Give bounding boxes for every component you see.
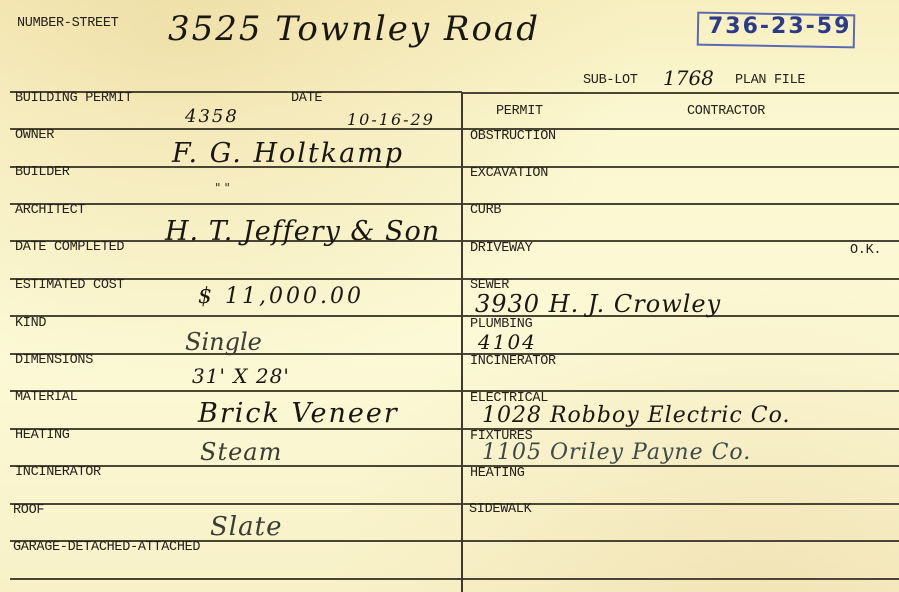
rule-line	[10, 315, 899, 317]
kind-label: KIND	[15, 317, 46, 331]
number-street-value: 3525 Townley Road	[168, 12, 540, 46]
date-label: DATE	[291, 92, 322, 106]
dimensions-value: 31' X 28'	[192, 366, 290, 386]
heating-value: Steam	[200, 440, 282, 464]
builder-value: " "	[215, 182, 230, 194]
sidewalk-label: SIDEWALK	[469, 503, 531, 517]
number-street-label: NUMBER-STREET	[17, 17, 118, 31]
plumbing-value: 4104	[478, 332, 537, 352]
building-permit-value: 4358	[185, 108, 239, 126]
builder-label: BUILDER	[15, 166, 70, 180]
rule-line	[462, 92, 899, 94]
permit-card: NUMBER-STREET 3525 Townley Road 736-23-5…	[0, 0, 899, 592]
incinerator-permit-label: INCINERATOR	[470, 355, 556, 369]
roof-value: Slate	[210, 514, 282, 540]
file-number: 736-23-59	[708, 16, 851, 38]
architect-value: H. T. Jeffery & Son	[165, 218, 440, 245]
building-permit-label: BUILDING PERMIT	[15, 92, 132, 106]
heating-label: HEATING	[15, 429, 70, 443]
estimated-cost-value: $ 11,000.00	[198, 286, 364, 308]
rule-line	[10, 240, 899, 242]
architect-label: ARCHITECT	[15, 204, 85, 218]
driveway-label: DRIVEWAY	[470, 242, 532, 256]
fixtures-value: 1105 Oriley Payne Co.	[482, 442, 751, 464]
sub-lot-label: SUB-LOT	[583, 74, 638, 88]
rule-line	[10, 465, 899, 467]
electrical-value: 1028 Robboy Electric Co.	[482, 405, 790, 427]
column-divider	[461, 92, 463, 592]
date-value: 10-16-29	[347, 112, 435, 128]
rule-line	[10, 353, 899, 355]
heating-permit-label: HEATING	[470, 467, 525, 481]
estimated-cost-label: ESTIMATED COST	[15, 279, 124, 293]
rule-line	[10, 390, 899, 392]
rule-line	[10, 128, 899, 130]
material-label: MATERIAL	[15, 391, 77, 405]
contractor-header: CONTRACTOR	[687, 105, 765, 119]
obstruction-label: OBSTRUCTION	[470, 130, 556, 144]
owner-value: F. G. Holtkamp	[172, 140, 404, 167]
sub-lot-value: 1768	[663, 68, 714, 88]
kind-value: Single	[185, 330, 262, 354]
garage-label: GARAGE-DETACHED-ATTACHED	[13, 541, 200, 555]
rule-line	[10, 203, 899, 205]
dimensions-label: DIMENSIONS	[15, 354, 93, 368]
excavation-label: EXCAVATION	[470, 167, 548, 181]
curb-label: CURB	[470, 204, 501, 218]
material-value: Brick Veneer	[198, 400, 399, 427]
rule-line	[10, 166, 899, 168]
rule-line	[10, 278, 899, 280]
rule-line	[10, 503, 899, 505]
permit-header: PERMIT	[496, 105, 543, 119]
sewer-value: 3930 H. J. Crowley	[475, 292, 721, 316]
driveway-value: O.K.	[850, 244, 881, 258]
date-completed-label: DATE COMPLETED	[15, 241, 124, 255]
roof-label: ROOF	[13, 504, 44, 518]
rule-line	[10, 428, 899, 430]
owner-label: OWNER	[15, 129, 54, 143]
incinerator-label: INCINERATOR	[15, 466, 101, 480]
plan-file-label: PLAN FILE	[735, 74, 805, 88]
rule-line	[10, 578, 899, 580]
